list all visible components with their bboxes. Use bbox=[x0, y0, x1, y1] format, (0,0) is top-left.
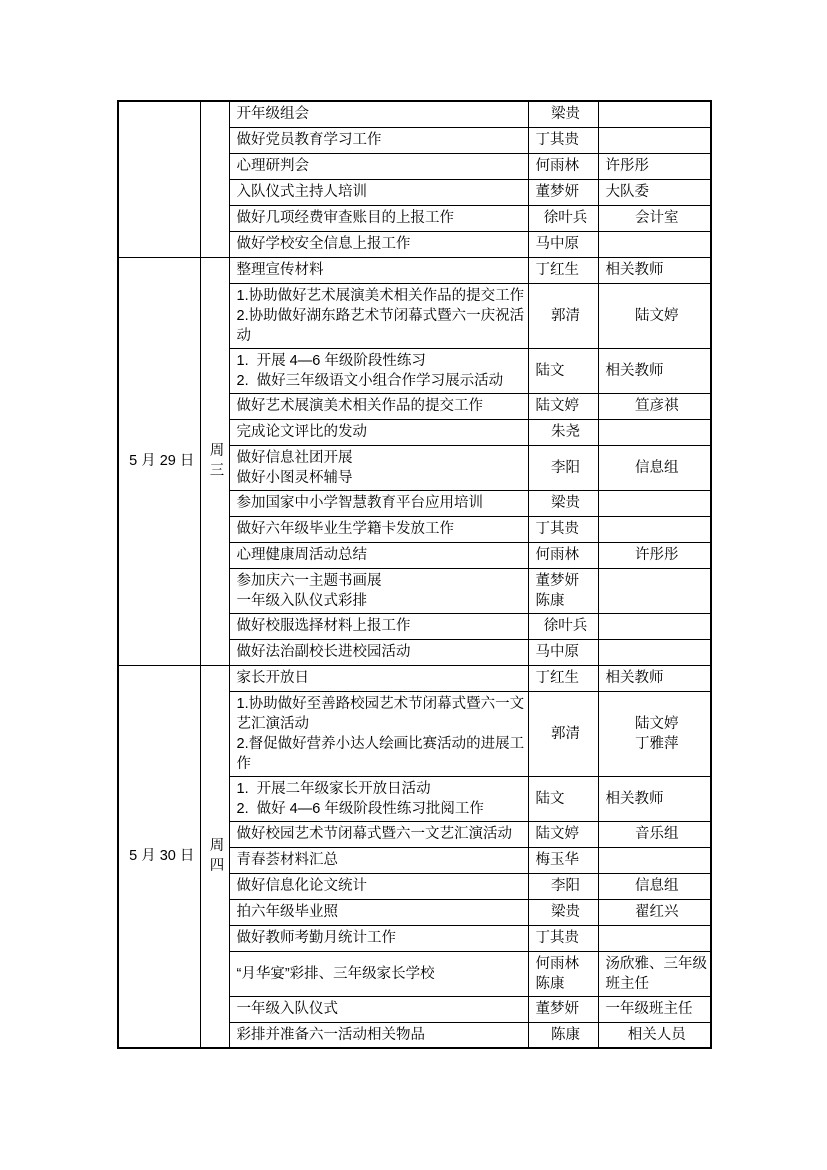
person-cell: 董梦妍 bbox=[528, 179, 598, 205]
table-row: 开年级组会梁贵 bbox=[118, 101, 711, 127]
collaborator-cell: 许彤彤 bbox=[598, 153, 711, 179]
person-cell: 朱尧 bbox=[528, 419, 598, 445]
person-cell: 徐叶兵 bbox=[528, 613, 598, 639]
person-cell: 董梦妍 陈康 bbox=[528, 568, 598, 613]
schedule-table: 开年级组会梁贵做好党员教育学习工作丁其贵心理研判会何雨林许彤彤入队仪式主持人培训… bbox=[117, 100, 712, 1049]
collaborator-cell: 翟红兴 bbox=[598, 899, 711, 925]
collaborator-cell: 信息组 bbox=[598, 873, 711, 899]
task-cell: 心理健康周活动总结 bbox=[229, 542, 528, 568]
collaborator-cell: 大队委 bbox=[598, 179, 711, 205]
collaborator-cell bbox=[598, 925, 711, 951]
task-cell: 做好校园艺术节闭幕式暨六一文艺汇演活动 bbox=[229, 821, 528, 847]
collaborator-cell: 信息组 bbox=[598, 445, 711, 490]
person-cell: 丁红生 bbox=[528, 257, 598, 283]
weekday-cell: 周 四 bbox=[200, 665, 229, 1048]
collaborator-cell bbox=[598, 639, 711, 665]
task-cell: 做好艺术展演美术相关作品的提交工作 bbox=[229, 393, 528, 419]
person-cell: 陆文婷 bbox=[528, 821, 598, 847]
task-cell: 做好六年级毕业生学籍卡发放工作 bbox=[229, 516, 528, 542]
person-cell: 郭清 bbox=[528, 691, 598, 776]
task-cell: 参加庆六一主题书画展 一年级入队仪式彩排 bbox=[229, 568, 528, 613]
weekday-cell: 周 三 bbox=[200, 257, 229, 665]
collaborator-cell bbox=[598, 568, 711, 613]
collaborator-cell: 一年级班主任 bbox=[598, 996, 711, 1022]
task-cell: 1.协助做好艺术展演美术相关作品的提交工作 2.协助做好湖东路艺术节闭幕式暨六一… bbox=[229, 283, 528, 348]
collaborator-cell: 音乐组 bbox=[598, 821, 711, 847]
task-cell: 彩排并准备六一活动相关物品 bbox=[229, 1022, 528, 1048]
collaborator-cell bbox=[598, 516, 711, 542]
collaborator-cell: 相关人员 bbox=[598, 1022, 711, 1048]
collaborator-cell: 会计室 bbox=[598, 205, 711, 231]
task-cell: 完成论文评比的发动 bbox=[229, 419, 528, 445]
task-cell: 心理研判会 bbox=[229, 153, 528, 179]
table-row: 5 月 30 日周 四家长开放日丁红生相关教师 bbox=[118, 665, 711, 691]
person-cell: 梁贵 bbox=[528, 101, 598, 127]
task-cell: “月华宴”彩排、三年级家长学校 bbox=[229, 951, 528, 996]
task-cell: 做好信息社团开展 做好小图灵杯辅导 bbox=[229, 445, 528, 490]
collaborator-cell bbox=[598, 127, 711, 153]
person-cell: 丁其贵 bbox=[528, 516, 598, 542]
task-cell: 入队仪式主持人培训 bbox=[229, 179, 528, 205]
person-cell: 梁贵 bbox=[528, 899, 598, 925]
task-cell: 1. 开展二年级家长开放日活动 2. 做好 4—6 年级阶段性练习批阅工作 bbox=[229, 776, 528, 821]
table-row: 5 月 29 日周 三整理宣传材料丁红生相关教师 bbox=[118, 257, 711, 283]
date-cell bbox=[118, 101, 200, 257]
person-cell: 丁其贵 bbox=[528, 127, 598, 153]
collaborator-cell: 陆文婷 bbox=[598, 283, 711, 348]
weekday-cell bbox=[200, 101, 229, 257]
person-cell: 董梦妍 bbox=[528, 996, 598, 1022]
collaborator-cell bbox=[598, 231, 711, 257]
collaborator-cell: 相关教师 bbox=[598, 348, 711, 393]
task-cell: 参加国家中小学智慧教育平台应用培训 bbox=[229, 490, 528, 516]
task-cell: 青春荟材料汇总 bbox=[229, 847, 528, 873]
task-cell: 整理宣传材料 bbox=[229, 257, 528, 283]
person-cell: 何雨林 bbox=[528, 542, 598, 568]
person-cell: 陆文婷 bbox=[528, 393, 598, 419]
task-cell: 做好信息化论文统计 bbox=[229, 873, 528, 899]
collaborator-cell: 汤欣雅、三年级班主任 bbox=[598, 951, 711, 996]
collaborator-cell: 相关教师 bbox=[598, 665, 711, 691]
collaborator-cell: 许彤彤 bbox=[598, 542, 711, 568]
person-cell: 马中原 bbox=[528, 639, 598, 665]
task-cell: 1.协助做好至善路校园艺术节闭幕式暨六一文艺汇演活动 2.督促做好营养小达人绘画… bbox=[229, 691, 528, 776]
collaborator-cell: 陆文婷 丁雅萍 bbox=[598, 691, 711, 776]
collaborator-cell: 相关教师 bbox=[598, 776, 711, 821]
person-cell: 李阳 bbox=[528, 873, 598, 899]
collaborator-cell bbox=[598, 490, 711, 516]
collaborator-cell: 笪彦祺 bbox=[598, 393, 711, 419]
task-cell: 做好教师考勤月统计工作 bbox=[229, 925, 528, 951]
person-cell: 马中原 bbox=[528, 231, 598, 257]
person-cell: 丁红生 bbox=[528, 665, 598, 691]
person-cell: 徐叶兵 bbox=[528, 205, 598, 231]
task-cell: 开年级组会 bbox=[229, 101, 528, 127]
person-cell: 何雨林 bbox=[528, 153, 598, 179]
document-page: 开年级组会梁贵做好党员教育学习工作丁其贵心理研判会何雨林许彤彤入队仪式主持人培训… bbox=[0, 0, 827, 1170]
task-cell: 做好法治副校长进校园活动 bbox=[229, 639, 528, 665]
person-cell: 李阳 bbox=[528, 445, 598, 490]
schedule-table-body: 开年级组会梁贵做好党员教育学习工作丁其贵心理研判会何雨林许彤彤入队仪式主持人培训… bbox=[118, 101, 711, 1048]
person-cell: 陆文 bbox=[528, 348, 598, 393]
person-cell: 陈康 bbox=[528, 1022, 598, 1048]
task-cell: 1. 开展 4—6 年级阶段性练习 2. 做好三年级语文小组合作学习展示活动 bbox=[229, 348, 528, 393]
person-cell: 陆文 bbox=[528, 776, 598, 821]
collaborator-cell: 相关教师 bbox=[598, 257, 711, 283]
task-cell: 一年级入队仪式 bbox=[229, 996, 528, 1022]
task-cell: 做好党员教育学习工作 bbox=[229, 127, 528, 153]
task-cell: 做好学校安全信息上报工作 bbox=[229, 231, 528, 257]
person-cell: 何雨林 陈康 bbox=[528, 951, 598, 996]
task-cell: 做好校服选择材料上报工作 bbox=[229, 613, 528, 639]
person-cell: 梅玉华 bbox=[528, 847, 598, 873]
collaborator-cell bbox=[598, 419, 711, 445]
task-cell: 拍六年级毕业照 bbox=[229, 899, 528, 925]
person-cell: 丁其贵 bbox=[528, 925, 598, 951]
task-cell: 做好几项经费审查账目的上报工作 bbox=[229, 205, 528, 231]
collaborator-cell bbox=[598, 847, 711, 873]
person-cell: 梁贵 bbox=[528, 490, 598, 516]
collaborator-cell bbox=[598, 101, 711, 127]
task-cell: 家长开放日 bbox=[229, 665, 528, 691]
person-cell: 郭清 bbox=[528, 283, 598, 348]
collaborator-cell bbox=[598, 613, 711, 639]
date-cell: 5 月 30 日 bbox=[118, 665, 200, 1048]
date-cell: 5 月 29 日 bbox=[118, 257, 200, 665]
